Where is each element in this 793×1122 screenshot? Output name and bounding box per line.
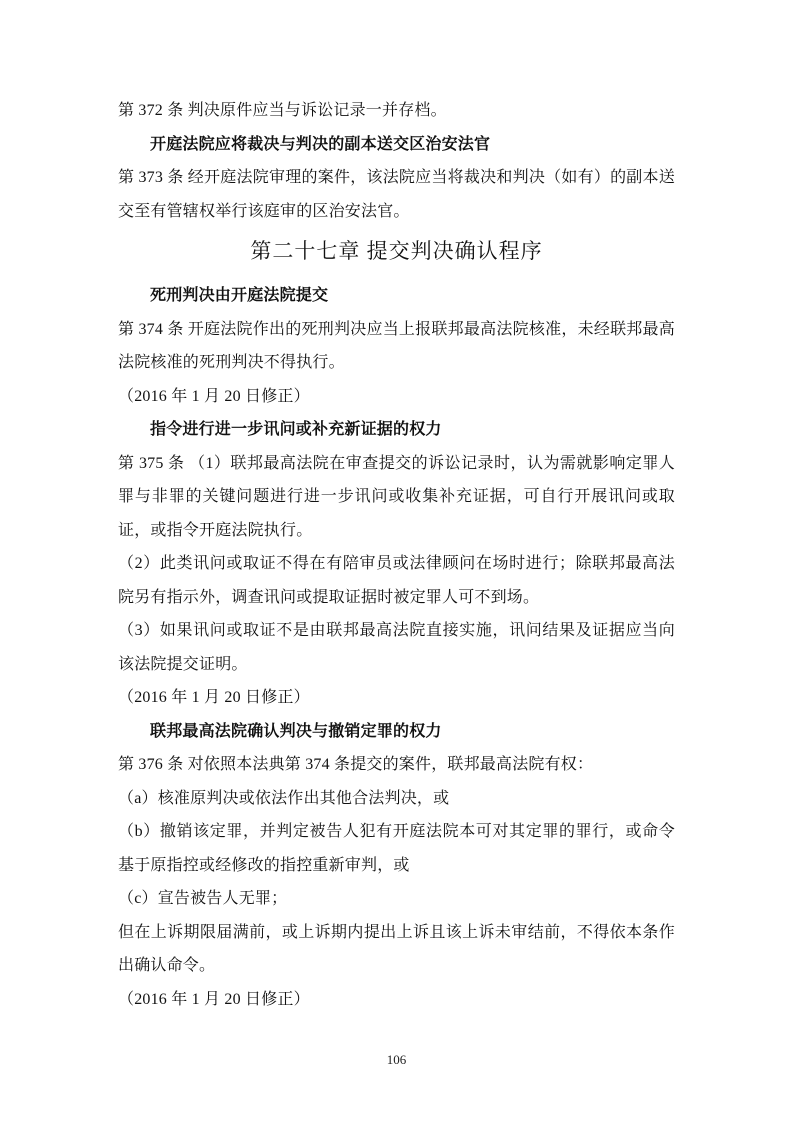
article-paragraph: 第 376 条 对依照本法典第 374 条提交的案件，联邦最高法院有权：	[118, 748, 675, 782]
article-paragraph: 但在上诉期限届满前，或上诉期内提出上诉且该上诉未审结前，不得依本条作出确认命令。	[118, 916, 675, 983]
section-heading: 指令进行进一步讯问或补充新证据的权力	[118, 413, 675, 447]
article-paragraph: （3）如果讯问或取证不是由联邦最高法院直接实施，讯问结果及证据应当向该法院提交证…	[118, 614, 675, 681]
amendment-note: （2016 年 1 月 20 日修正）	[118, 983, 675, 1017]
document-body: 第 372 条 判决原件应当与诉讼记录一并存档。开庭法院应将裁决与判决的副本送交…	[0, 0, 793, 1016]
article-paragraph: （2）此类讯问或取证不得在有陪审员或法律顾问在场时进行；除联邦最高法院另有指示外…	[118, 547, 675, 614]
article-paragraph: 第 372 条 判决原件应当与诉讼记录一并存档。	[118, 94, 675, 128]
chapter-title: 第二十七章 提交判决确认程序	[118, 231, 675, 271]
amendment-note: （2016 年 1 月 20 日修正）	[118, 681, 675, 715]
article-paragraph: 第 373 条 经开庭法院审理的案件，该法院应当将裁决和判决（如有）的副本送交至…	[118, 161, 675, 228]
article-paragraph: 第 375 条 （1）联邦最高法院在审查提交的诉讼记录时，认为需就影响定罪人罪与…	[118, 447, 675, 548]
article-paragraph: （b）撤销该定罪，并判定被告人犯有开庭法院本可对其定罪的罪行，或命令基于原指控或…	[118, 815, 675, 882]
page-number: 106	[387, 1052, 407, 1067]
article-paragraph: （a）核准原判决或依法作出其他合法判决，或	[118, 782, 675, 816]
document-page: 第 372 条 判决原件应当与诉讼记录一并存档。开庭法院应将裁决与判决的副本送交…	[0, 0, 793, 1122]
section-heading: 联邦最高法院确认判决与撤销定罪的权力	[118, 715, 675, 749]
article-paragraph: （c）宣告被告人无罪；	[118, 882, 675, 916]
page-footer: 106	[0, 1052, 793, 1068]
section-heading: 开庭法院应将裁决与判决的副本送交区治安法官	[118, 128, 675, 162]
article-paragraph: 第 374 条 开庭法院作出的死刑判决应当上报联邦最高法院核准，未经联邦最高法院…	[118, 313, 675, 380]
section-heading: 死刑判决由开庭法院提交	[118, 279, 675, 313]
amendment-note: （2016 年 1 月 20 日修正）	[118, 380, 675, 414]
